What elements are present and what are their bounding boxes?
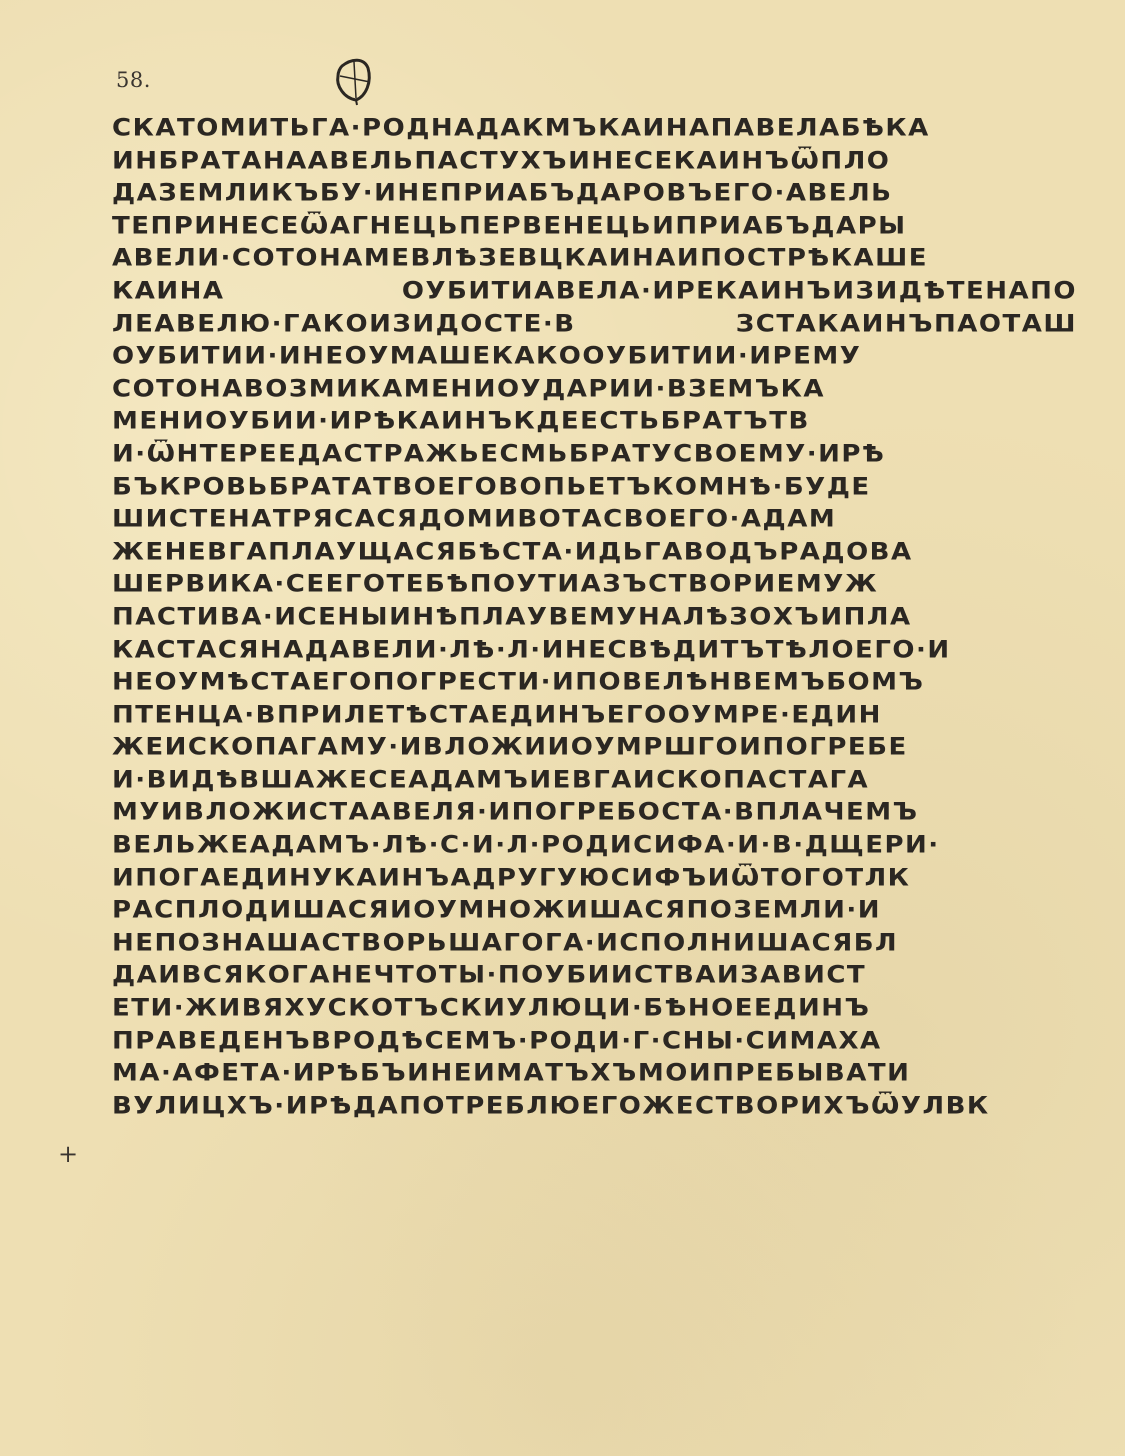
text-line: ПАСТИВА·ИСЕНЫИНѢПЛАУВЕМУНАЛѢЗОХЪИПЛА <box>112 602 1077 632</box>
text-line: АВЕЛИ·СОТОНАМЕВЛѢЗЕВЦКАИНАИПОСТРѢКАШЕ <box>112 244 1077 274</box>
text-line: ТЕПРИНЕСЕѾАГНЕЦЬПЕРВЕНЕЦЬИПРИАБЪДАРЫ <box>112 211 1077 241</box>
text-line: НЕОУМѢСТАЕГОПОГРЕСТИ·ИПОВЕЛѢНВЕМЪБОМЪ <box>112 667 1077 697</box>
margin-cross-mark: + <box>58 1140 78 1168</box>
text-line: КАСТАСЯНАДАВЕЛИ·ЛѢ·Л·ИНЕСВѢДИТЪТѢЛОЕГО·И <box>112 635 1077 665</box>
page-number: 58. <box>116 68 151 92</box>
text-line: ЖЕНЕВГАПЛАУЩАСЯБѢСТА·ИДЬГАВОДЪРАДОВА <box>112 537 1077 567</box>
text-line: И·ѾНТЕРЕЕДАСТРАЖЬЕСМЬБРАТУСВОЕМУ·ИРѢ <box>112 439 1077 469</box>
text-line: ПТЕНЦА·ВПРИЛЕТѢСТАЕДИНЪЕГООУМРЕ·ЕДИН <box>112 700 1077 730</box>
text-line: СКАТОМИТЬГА·РОДНАДАКМЪКАИНАПАВЕЛАБѢКА <box>112 113 1077 143</box>
text-line: ОУБИТИИ·ИНЕОУМАШЕКАКООУБИТИИ·ИРЕМУ <box>112 341 1077 371</box>
text-line: МЕНИОУБИИ·ИРѢКАИНЪКДЕЕСТЬБРАТЪТВ <box>112 407 1077 437</box>
text-line: НЕПОЗНАШАСТВОРЬШАГОГА·ИСПОЛНИШАСЯБЛ <box>112 928 1077 958</box>
text-line: РАСПЛОДИШАСЯИОУМНОЖИШАСЯПОЗЕМЛИ·И <box>112 896 1077 926</box>
text-line: ПРАВЕДЕНЪВРОДѢСЕМЪ·РОДИ·Г·СНЫ·СИМАХА <box>112 1026 1077 1056</box>
text-line: ИПОГАЕДИНУКАИНЪАДРУГУЮСИФЪИѾТОГОТЛК <box>112 863 1077 893</box>
text-line: ВУЛИЦХЪ·ИРѢДАПОТРЕБЛЮЕГОЖЕСТВОРИХЪѾУЛВК <box>112 1091 1077 1121</box>
text-line: СОТОНАВОЗМИКАМЕНИОУДАРИИ·ВЗЕМЪКА <box>112 374 1077 404</box>
manuscript-text: СКАТОМИТЬГА·РОДНАДАКМЪКАИНАПАВЕЛАБѢКА ИН… <box>112 112 1077 1122</box>
text-line: ШЕРВИКА·СЕЕГОТЕБѢПОУТИАЗЪСТВОРИЕМУЖ <box>112 570 1077 600</box>
text-line: ШИСТЕНАТРЯСАСЯДОМИВОТАСВОЕГО·АДАМ <box>112 504 1077 534</box>
text-line: ЕТИ·ЖИВЯХУСКОТЪСКИУЛЮЦИ·БѢНОЕЕДИНЪ <box>112 993 1077 1023</box>
text-line: ДАИВСЯКОГАНЕЧТОТЫ·ПОУБИИСТВАИЗАВИСТ <box>112 961 1077 991</box>
text-line: КАИНА ОУБИТИАВЕЛА·ИРЕКАИНЪИЗИДѢТЕНАПО <box>112 276 1077 306</box>
circle-cross-glyph-icon <box>326 52 382 108</box>
text-line: ДАЗЕМЛИКЪБУ·ИНЕПРИАБЪДАРОВЪЕГО·АВЕЛЬ <box>112 178 1077 208</box>
text-line: ВЕЛЬЖЕАДАМЪ·ЛѢ·С·И·Л·РОДИСИФА·И·В·ДЩЕРИ· <box>112 830 1077 860</box>
text-line: БЪКРОВЬБРАТАТВОЕГОВОПЬЕТЪКОМНѢ·БУДЕ <box>112 472 1077 502</box>
text-line: ЖЕИСКОПАГАМУ·ИВЛОЖИИОУМРШГОИПОГРЕБЕ <box>112 733 1077 763</box>
text-line: МА·АФЕТА·ИРѢБЪИНЕИМАТЪХЪМОИПРЕБЫВАТИ <box>112 1059 1077 1089</box>
text-line: И·ВИДѢВШАЖЕСЕАДАМЪИЕВГАИСКОПАСТАГА <box>112 765 1077 795</box>
text-line: ИНБРАТАНААВЕЛЬПАСТУХЪИНЕСЕКАИНЪѾПЛО <box>112 146 1077 176</box>
text-line: МУИВЛОЖИСТААВЕЛЯ·ИПОГРЕБОСТА·ВПЛАЧЕМЪ <box>112 798 1077 828</box>
text-line: ЛЕАВЕЛЮ·ГАКОИЗИДОСТЕ·В ЗСТАКАИНЪПАОТАШ <box>112 309 1077 339</box>
